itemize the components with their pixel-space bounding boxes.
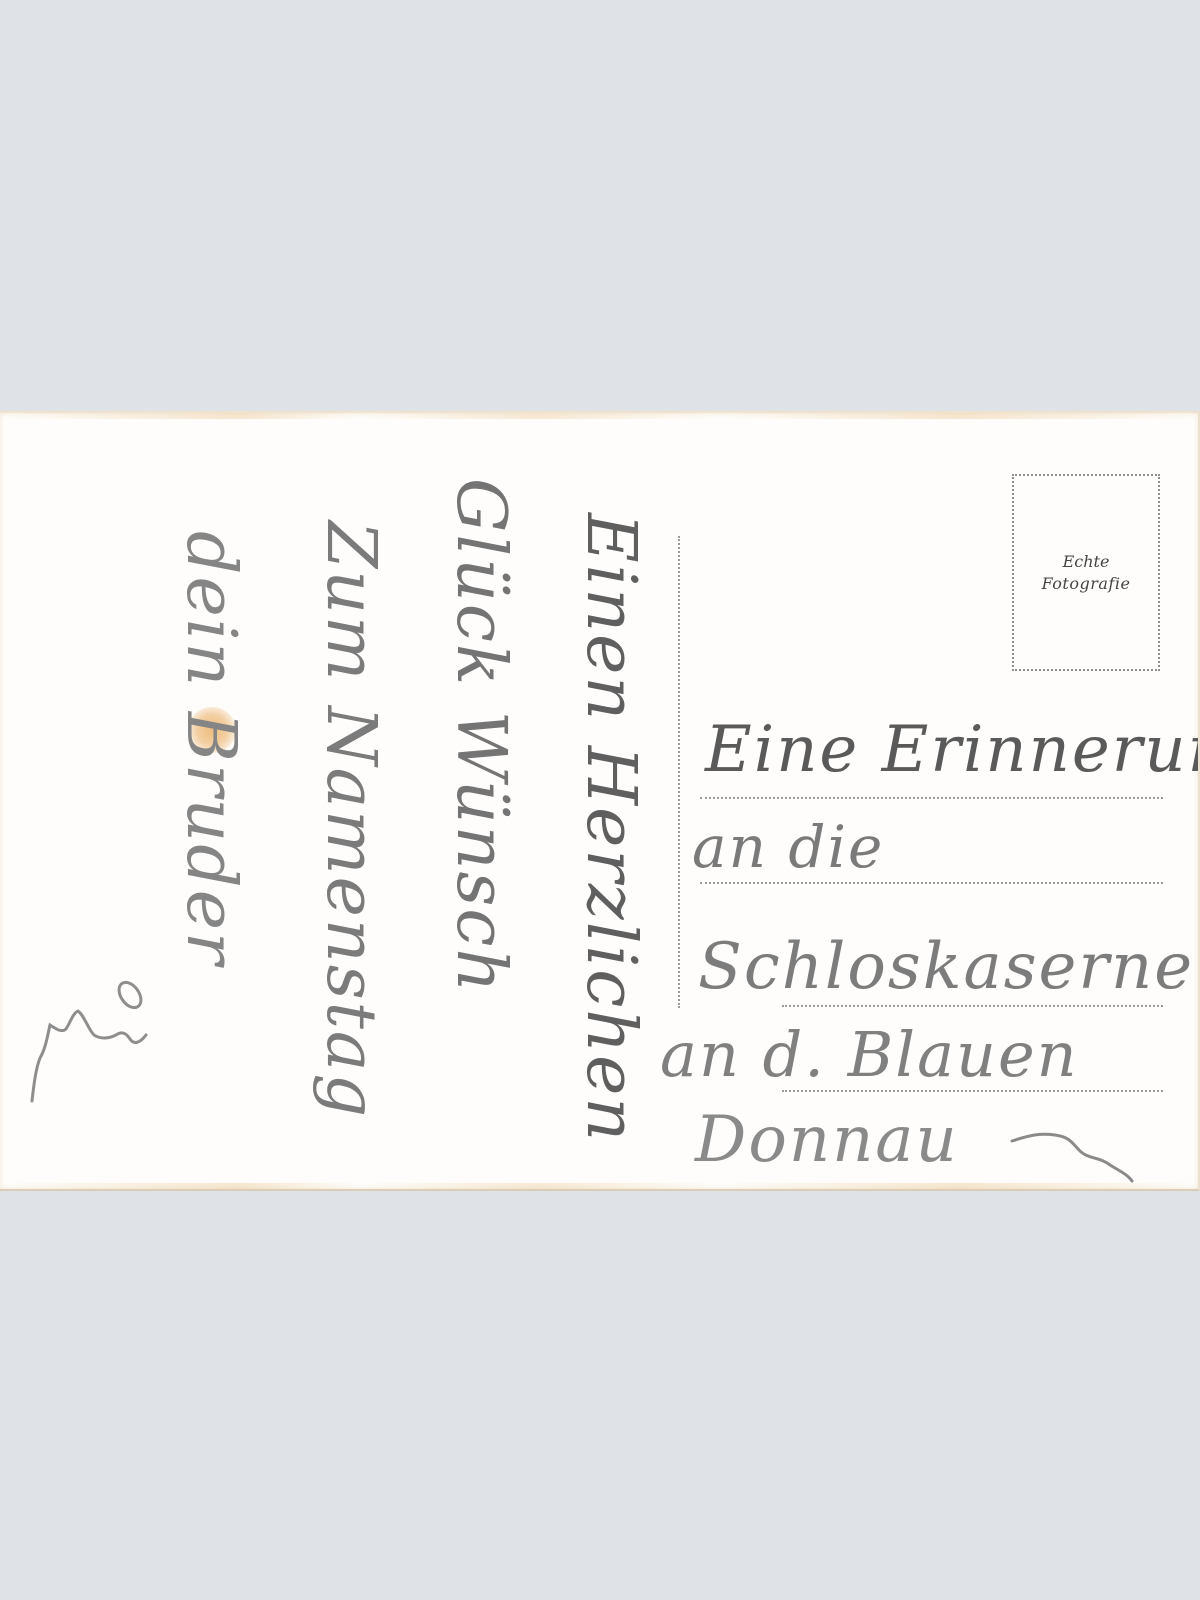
stamp-box-line1: Echte	[1063, 551, 1110, 573]
address-text-2: an die	[692, 813, 884, 881]
message-line-4: dein Bruder	[171, 531, 250, 966]
stamp-box: Echte Fotografie	[1012, 474, 1160, 671]
edge-wear-top	[0, 413, 1198, 419]
address-flourish-icon	[1010, 1113, 1140, 1183]
address-text-4: an d. Blauen	[660, 1018, 1079, 1091]
address-text-3: Schloskaserne	[698, 930, 1194, 1004]
signature-flourish-icon	[18, 973, 158, 1103]
address-line-1	[700, 797, 1163, 799]
address-text-5: Donnau	[695, 1103, 959, 1177]
message-line-2: Glück Wünsch	[441, 478, 520, 994]
address-text-1: Eine Erinnerung	[705, 713, 1200, 787]
postcard-back: Echte Fotografie Eine Erinnerung an die …	[0, 411, 1200, 1191]
message-line-1: Einen Herzlichen	[571, 513, 650, 1143]
stamp-box-line2: Fotografie	[1042, 573, 1131, 595]
vertical-divider	[678, 536, 680, 1008]
edge-wear-bottom	[0, 1183, 1198, 1189]
address-line-3	[782, 1005, 1163, 1007]
address-line-2	[700, 882, 1163, 884]
message-line-3: Zum Namenstag	[311, 521, 390, 1119]
